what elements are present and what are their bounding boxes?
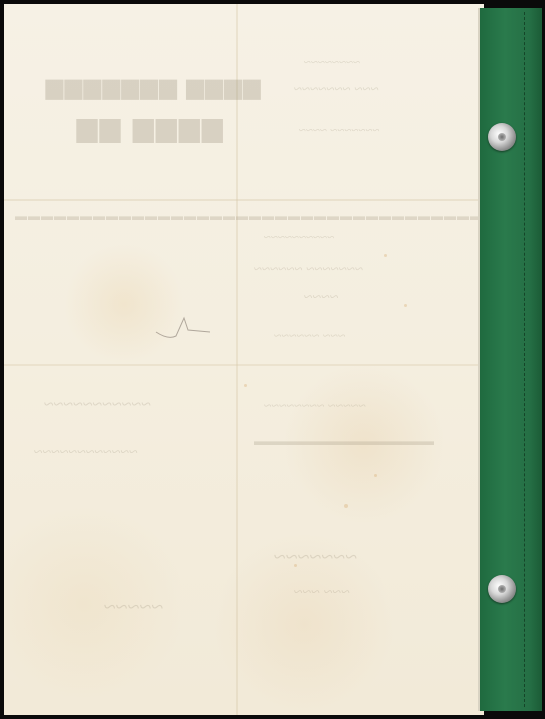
foxing-spot — [344, 504, 348, 508]
paper-crease-mark — [154, 314, 214, 344]
show-through-text: ~~~ ~~~ — [294, 584, 350, 602]
show-through-text: ~~~~~~~~~~~ — [44, 394, 151, 415]
show-through-text: ~~~~~ ~~~~~~~~ — [264, 399, 366, 415]
show-through-text: ▬▬▬▬▬▬▬▬▬▬▬▬▬▬▬▬▬▬▬▬▬▬▬▬▬▬▬▬▬▬▬▬▬▬▬▬▬ — [14, 209, 495, 224]
scan-frame: ▆▆▆▆ ▆▆▆▆▆▆▆ ▆▆▆▆ ▆▆ ~~~~~~~~ ~~~ ~~~~~~… — [0, 0, 545, 719]
show-through-heading: ▆▆▆▆ ▆▆ — [74, 112, 222, 143]
rivet-icon — [488, 123, 516, 151]
show-through-text: ~~~~~~~ ~~~~~~ — [254, 262, 363, 279]
foxing-spot — [244, 384, 247, 387]
show-through-heading: ▆▆▆▆ ▆▆▆▆▆▆▆ — [44, 74, 260, 100]
show-through-text: ~~~~~~~ — [274, 544, 357, 570]
green-binding-strip — [478, 8, 542, 711]
horizontal-fold-line — [4, 199, 484, 201]
horizontal-fold-line — [4, 364, 484, 366]
paper-sheet: ▆▆▆▆ ▆▆▆▆▆▆▆ ▆▆▆▆ ▆▆ ~~~~~~~~ ~~~ ~~~~~~… — [4, 4, 484, 715]
show-through-text: ▬▬▬▬▬▬▬▬▬▬▬▬▬▬▬ — [254, 434, 434, 449]
show-through-text: ~~~~~~~ ~~~~ — [299, 122, 380, 138]
binding-stitch-line — [524, 12, 525, 707]
foxing-spot — [384, 254, 387, 257]
show-through-text: ~~~~ — [304, 289, 339, 307]
show-through-text: ~~~ ~~~~~~~ — [294, 82, 379, 99]
vertical-fold-line — [236, 4, 238, 715]
show-through-text: ~~~~~~~~~~~~ — [34, 444, 138, 462]
foxing-spot — [374, 474, 377, 477]
foxing-spot — [404, 304, 407, 307]
rivet-icon — [488, 575, 516, 603]
show-through-text: ~~~~~ — [104, 594, 164, 620]
show-through-text: ~~~ ~~~~~~ — [274, 329, 346, 345]
show-through-text: ~~~~~~~~ — [304, 54, 360, 70]
show-through-text: ~~~~~~~~~~ — [264, 229, 334, 245]
foxing-spot — [294, 564, 297, 567]
